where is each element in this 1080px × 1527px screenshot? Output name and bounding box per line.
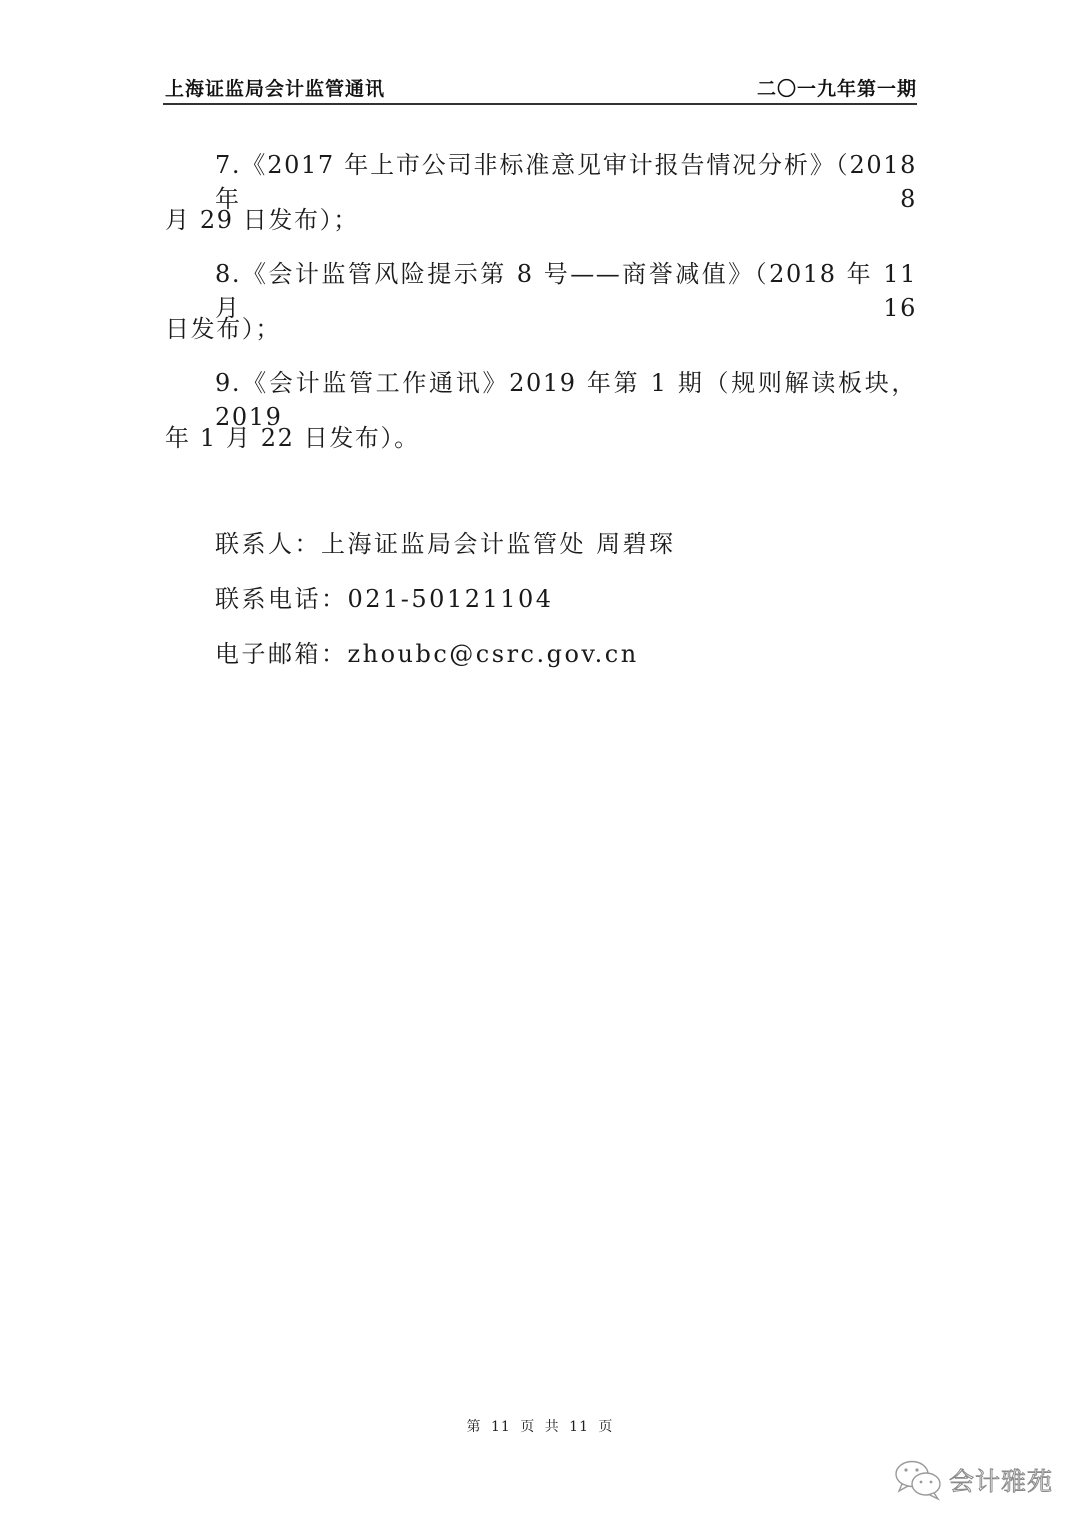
issue-label: 二〇一九年第一期: [757, 78, 917, 100]
contact-phone: 联系电话：021-50121104: [215, 582, 676, 637]
wechat-icon: [893, 1458, 945, 1502]
watermark: 会计雅苑: [893, 1458, 1053, 1502]
list-item-line: 8.《会计监管风险提示第 8 号——商誉减值》（2018 年 11 月 16: [165, 257, 917, 312]
list-item-line: 月 29 日发布）；: [165, 203, 917, 258]
list-item-line: 9.《会计监管工作通讯》2019 年第 1 期（规则解读板块，2019: [165, 366, 917, 421]
page-header: 上海证监局会计监管通讯 二〇一九年第一期: [163, 74, 917, 104]
list-item-line: 7.《2017 年上市公司非标准意见审计报告情况分析》（2018 年 8: [165, 148, 917, 203]
watermark-text: 会计雅苑: [949, 1462, 1053, 1498]
contact-block: 联系人：上海证监局会计监管处 周碧琛 联系电话：021-50121104 电子邮…: [215, 527, 676, 692]
list-item-line: 年 1 月 22 日发布）。: [165, 421, 917, 476]
list-item: 7.《2017 年上市公司非标准意见审计报告情况分析》（2018 年 8 月 2…: [165, 148, 917, 257]
list-item: 9.《会计监管工作通讯》2019 年第 1 期（规则解读板块，2019 年 1 …: [165, 366, 917, 475]
contact-email: 电子邮箱：zhoubc@csrc.gov.cn: [215, 637, 676, 692]
publication-title: 上海证监局会计监管通讯: [165, 78, 385, 100]
list-item: 8.《会计监管风险提示第 8 号——商誉减值》（2018 年 11 月 16 日…: [165, 257, 917, 366]
reference-list: 7.《2017 年上市公司非标准意见审计报告情况分析》（2018 年 8 月 2…: [165, 148, 917, 475]
header-divider: [163, 103, 917, 105]
page-number: 第 11 页 共 11 页: [0, 1416, 1080, 1436]
contact-person: 联系人：上海证监局会计监管处 周碧琛: [215, 527, 676, 582]
list-item-line: 日发布）；: [165, 312, 917, 367]
